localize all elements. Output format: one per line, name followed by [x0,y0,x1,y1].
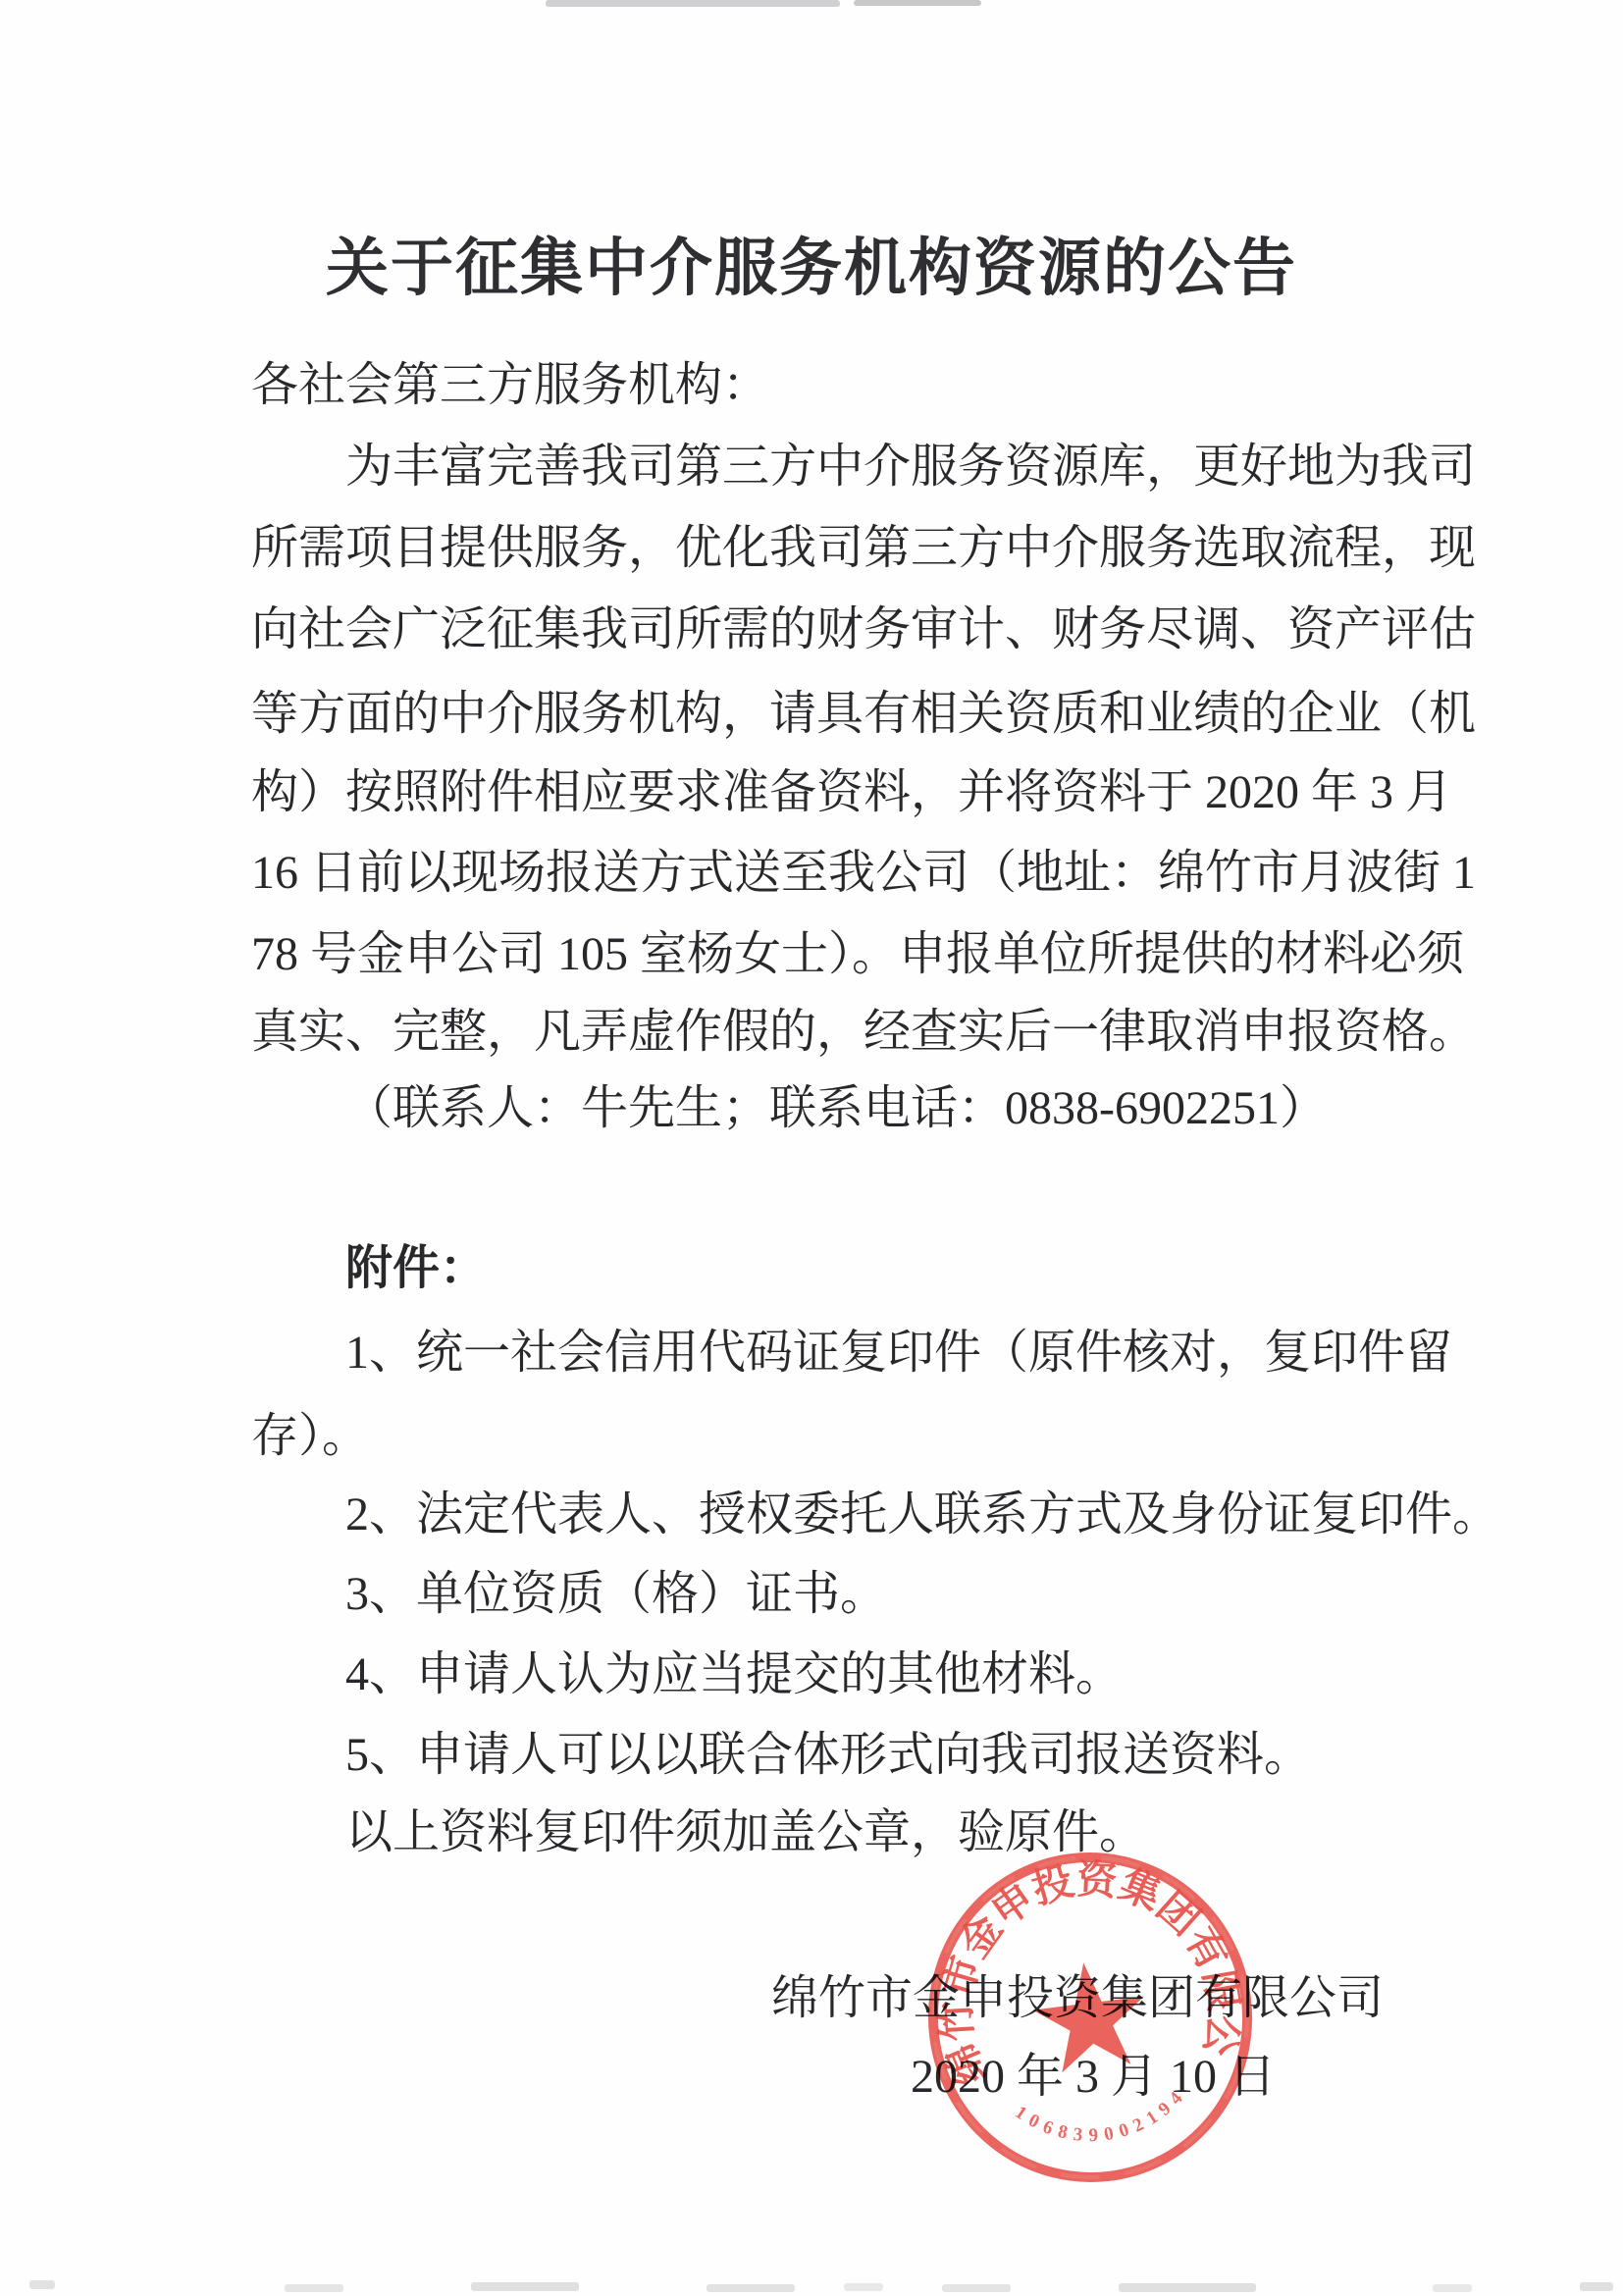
attachment-item-2: 2、法定代表人、授权委托人联系方式及身份证复印件。 [345,1489,1499,1540]
scan-smudge-bottom-5 [844,2283,883,2291]
para-line-2: 所需项目提供服务，优化我司第三方中介服务选取流程，现 [251,523,1476,574]
para-line-1: 为丰富完善我司第三方中介服务资源库，更好地为我司 [345,442,1476,493]
attachment-header: 附件： [345,1243,487,1294]
para-line-5: 构）按照附件相应要求准备资料，并将资料于 2020 年 3 月 [251,767,1452,818]
scan-smudge-bottom-7 [1119,2283,1256,2292]
scan-smudge-bottom-1 [29,2280,55,2289]
document-title: 关于征集中介服务机构资源的公告 [0,218,1623,308]
para-line-6: 16 日前以现场报送方式送至我公司（地址：绵竹市月波街 1 [251,848,1476,899]
scan-smudge-bottom-6 [942,2284,1011,2292]
seal-number: 106839002194 [1009,2081,1195,2156]
scan-smudge-top-2 [854,0,981,6]
greeting-line: 各社会第三方服务机构： [251,360,769,411]
attachment-item-1: 1、统一社会信用代码证复印件（原件核对，复印件留 [345,1328,1452,1379]
scan-smudge-bottom-4 [707,2284,795,2292]
official-seal-graphic: 绵竹市金申投资集团有限公司 106839002194 [900,1827,1281,2208]
attachment-item-1b: 存）。 [251,1411,369,1462]
document-page: 关于征集中介服务机构资源的公告 各社会第三方服务机构： 为丰富完善我司第三方中介… [0,0,1623,2296]
para-line-3: 向社会广泛征集我司所需的财务审计、财务尽调、资产评估 [251,604,1476,655]
official-seal: 绵竹市金申投资集团有限公司 106839002194 [900,1827,1281,2208]
seal-star [1028,1956,1153,2075]
contact-line: （联系人：牛先生；联系电话：0838-6902251） [345,1083,1327,1134]
scan-smudge-bottom-9 [1580,2282,1613,2291]
para-line-4: 等方面的中介服务机构，请具有相关资质和业绩的企业（机 [251,689,1476,740]
para-line-8: 真实、完整，凡弄虚作假的，经查实后一律取消申报资格。 [251,1007,1476,1058]
attachment-item-3: 3、单位资质（格）证书。 [345,1569,887,1620]
seal-number-wrap: 106839002194 [1009,2081,1195,2156]
scan-smudge-bottom-2 [285,2284,343,2292]
attachment-footnote: 以上资料复印件须加盖公章，验原件。 [345,1807,1146,1858]
attachment-item-4: 4、申请人认为应当提交的其他材料。 [345,1649,1123,1700]
scan-smudge-top [546,0,840,7]
attachment-item-5: 5、申请人可以以联合体形式向我司报送资料。 [345,1730,1311,1781]
scan-smudge-bottom-3 [471,2282,579,2291]
scan-smudge-bottom-8 [1433,2284,1472,2292]
para-line-7: 78 号金申公司 105 室杨女士）。申报单位所提供的材料必须 [251,929,1464,980]
